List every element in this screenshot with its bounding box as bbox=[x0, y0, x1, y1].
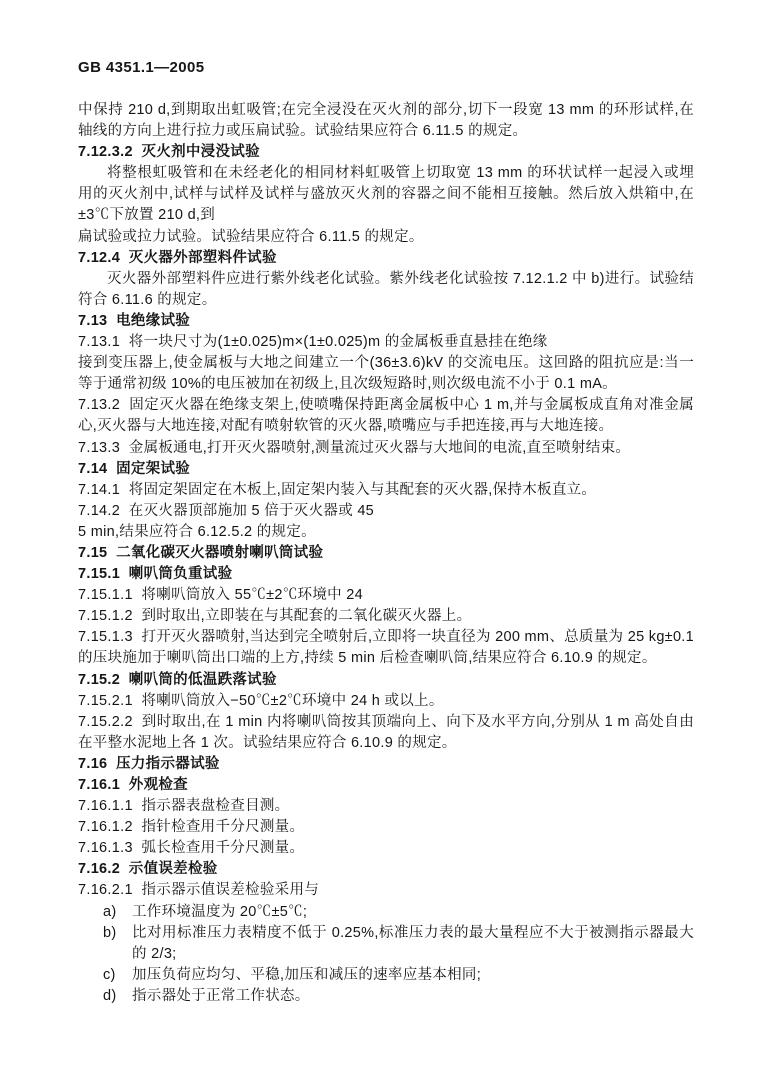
document-text-line: 用的灭火剂中,试样与试样及试样与盛放灭火剂的容器之间不能相互接触。然后放入烘箱中… bbox=[78, 184, 694, 205]
document-text-line: 7.14.1 将固定架固定在木板上,固定架内装入与其配套的灭火器,保持木板直立。 bbox=[78, 480, 694, 501]
document-text-line: 7.15.1.2 到时取出,立即装在与其配套的二氧化碳灭火器上。 bbox=[78, 606, 694, 627]
clause-heading-line: 7.12.4 灭火器外部塑料件试验 bbox=[78, 248, 694, 269]
document-text-line: 7.16.1.2 指针检查用千分尺测量。 bbox=[78, 817, 694, 838]
document-text-line: 的压块施加于喇叭筒出口端的上方,持续 5 min 后检查喇叭筒,结果应符合 6.… bbox=[78, 648, 694, 669]
list-item-text: 工作环境温度为 20℃±5℃; bbox=[132, 902, 694, 923]
document-text-line: 等于通常初级 10%的电压被加在初级上,且次级短路时,则次级电流不小于 0.1 … bbox=[78, 374, 694, 395]
document-text-line: 符合 6.11.6 的规定。 bbox=[78, 290, 694, 311]
document-text-line: 中保持 210 d,到期取出虹吸管;在完全浸没在灭火剂的部分,切下一段宽 13 … bbox=[78, 100, 694, 121]
document-text-line: 7.15.1.1 将喇叭筒放入 55℃±2℃环境中 24 bbox=[78, 585, 694, 606]
document-text-line: 7.16.1.3 弧长检查用千分尺测量。 bbox=[78, 838, 694, 859]
document-text-line: b)比对用标准压力表精度不低于 0.25%,标准压力表的最大量程应不大于被测指示… bbox=[78, 923, 694, 944]
document-text-line: 7.15.1.3 打开灭火器喷射,当达到完全喷射后,立即将一块直径为 200 m… bbox=[78, 627, 694, 648]
list-item-text: 指示器处于正常工作状态。 bbox=[132, 986, 694, 1007]
clause-heading-line: 7.14 固定架试验 bbox=[78, 459, 694, 480]
document-text-line: 在平整水泥地上各 1 次。试验结果应符合 6.10.9 的规定。 bbox=[78, 733, 694, 754]
clause-heading-line: 7.15.1 喇叭筒负重试验 bbox=[78, 564, 694, 585]
clause-heading-line: 7.16.1 外观检查 bbox=[78, 775, 694, 796]
document-text-line: a)工作环境温度为 20℃±5℃; bbox=[78, 902, 694, 923]
list-item-marker: a) bbox=[103, 902, 132, 923]
scanned-standard-page: GB 4351.1—2005 中保持 210 d,到期取出虹吸管;在完全浸没在灭… bbox=[0, 0, 763, 1075]
list-item-marker: b) bbox=[103, 923, 132, 944]
list-item-marker: c) bbox=[103, 965, 132, 986]
document-text-line: 接到变压器上,使金属板与大地之间建立一个(36±3.6)kV 的交流电压。这回路… bbox=[78, 353, 694, 374]
document-text-line: ±3℃下放置 210 d,到 bbox=[78, 205, 694, 226]
document-text-line: 7.15.2.1 将喇叭筒放入−50℃±2℃环境中 24 h 或以上。 bbox=[78, 691, 694, 712]
document-text-line: 7.13.3 金属板通电,打开灭火器喷射,测量流过灭火器与大地间的电流,直至喷射… bbox=[78, 438, 694, 459]
clause-heading-line: 7.13 电绝缘试验 bbox=[78, 311, 694, 332]
document-text-line: 7.13.2 固定灭火器在绝缘支架上,使喷嘴保持距离金属板中心 1 m,并与金属… bbox=[78, 395, 694, 416]
document-text-line: c)加压负荷应均匀、平稳,加压和减压的速率应基本相同; bbox=[78, 965, 694, 986]
list-item-text: 比对用标准压力表精度不低于 0.25%,标准压力表的最大量程应不大于被测指示器最… bbox=[132, 923, 694, 944]
document-text-line: 扁试验或拉力试验。试验结果应符合 6.11.5 的规定。 bbox=[78, 227, 694, 248]
document-text-line: 7.15.2.2 到时取出,在 1 min 内将喇叭筒按其顶端向上、向下及水平方… bbox=[78, 712, 694, 733]
clause-heading-line: 7.16 压力指示器试验 bbox=[78, 754, 694, 775]
document-text-line: 心,灭火器与大地连接,对配有喷射软管的灭火器,喷嘴应与手把连接,再与大地连接。 bbox=[78, 416, 694, 437]
clause-heading-line: 7.15.2 喇叭筒的低温跌落试验 bbox=[78, 670, 694, 691]
document-text-line: 7.13.1 将一块尺寸为(1±0.025)m×(1±0.025)m 的金属板垂… bbox=[78, 332, 694, 353]
document-text-line: 7.16.1.1 指示器表盘检查目测。 bbox=[78, 796, 694, 817]
document-text-line: 轴线的方向上进行拉力或压扁试验。试验结果应符合 6.11.5 的规定。 bbox=[78, 121, 694, 142]
clause-heading-line: 7.16.2 示值误差检验 bbox=[78, 859, 694, 880]
clause-heading-line: 7.12.3.2 灭火剂中浸没试验 bbox=[78, 142, 694, 163]
document-text-line: 灭火器外部塑料件应进行紫外线老化试验。紫外线老化试验按 7.12.1.2 中 b… bbox=[78, 269, 694, 290]
document-text-line: 7.16.2.1 指示器示值误差检验采用与 bbox=[78, 880, 694, 901]
document-text-line: d)指示器处于正常工作状态。 bbox=[78, 986, 694, 1007]
document-body: 中保持 210 d,到期取出虹吸管;在完全浸没在灭火剂的部分,切下一段宽 13 … bbox=[78, 100, 694, 1007]
document-text-line: 将整根虹吸管和在未经老化的相同材料虹吸管上切取宽 13 mm 的环状试样一起浸入… bbox=[78, 163, 694, 184]
clause-heading-line: 7.15 二氧化碳灭火器喷射喇叭筒试验 bbox=[78, 543, 694, 564]
list-item-text: 加压负荷应均匀、平稳,加压和减压的速率应基本相同; bbox=[132, 965, 694, 986]
document-text-line: 5 min,结果应符合 6.12.5.2 的规定。 bbox=[78, 522, 694, 543]
document-text-line: 7.14.2 在灭火器顶部施加 5 倍于灭火器或 45 bbox=[78, 501, 694, 522]
document-text-line: 的 2/3; bbox=[78, 944, 694, 965]
standard-number-header: GB 4351.1—2005 bbox=[78, 59, 205, 76]
list-item-marker: d) bbox=[103, 986, 132, 1007]
